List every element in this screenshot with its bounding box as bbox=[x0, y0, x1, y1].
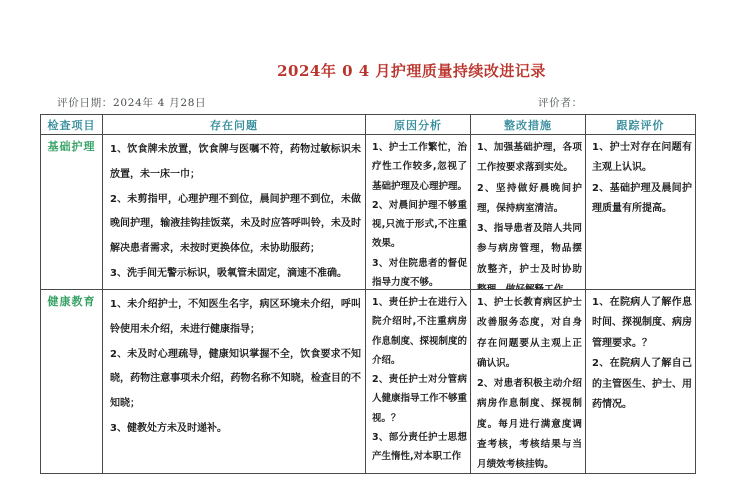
evaluation-item: 1、护士对存在问题有主观上认识。 bbox=[592, 138, 692, 179]
table-row-health-education: 健康教育 1、未介绍护士，不知医生名字，病区环境未介绍，呼叫铃使用未介绍，未进行… bbox=[41, 290, 696, 474]
analysis-item: 2、对晨间护理不够重视,只流于形式,不注重效果。 bbox=[372, 196, 467, 254]
measure-item: 1、护士长教育病区护士改善服务态度，对自身存在问题要从主观上正确认识。 bbox=[477, 293, 582, 374]
col-header-category: 检查项目 bbox=[41, 115, 103, 135]
document-page: 2024年 0 4 月护理质量持续改进记录 评价日期：2024年 4 月28日 … bbox=[0, 0, 731, 500]
measure-item: 2、对患者积极主动介绍病房作息制度、探视制度。每月进行满意度调查考核，考核结果与… bbox=[477, 374, 582, 473]
table-header-row: 检查项目 存在问题 原因分析 整改措施 跟踪评价 bbox=[41, 115, 696, 135]
evaluation-item: 2、基础护理及晨间护理质量有所提高。 bbox=[592, 179, 692, 220]
measure-item: 2、坚持做好晨晚间护理，保持病室清洁。 bbox=[477, 179, 582, 220]
improvement-record-table: 检查项目 存在问题 原因分析 整改措施 跟踪评价 基础护理 1、饮食牌未放置，饮… bbox=[40, 114, 696, 474]
problem-item: 2、未剪指甲，心理护理不到位，晨间护理不到位，未做晚间护理，输液挂钩挂饭菜，未及… bbox=[110, 188, 361, 262]
page-title: 2024年 0 4 月护理质量持续改进记录 bbox=[0, 60, 731, 81]
evaluation-item: 2、在院病人了解自己的主管医生、护士、用药情况。 bbox=[592, 354, 692, 415]
analysis-cell: 1、护士工作繁忙，治疗性工作较多,忽视了基础护理及心理护理。 2、对晨间护理不够… bbox=[366, 135, 471, 290]
problem-item: 3、洗手间无警示标识，吸氧管未固定，滴速不准确。 bbox=[110, 262, 361, 287]
category-cell: 基础护理 bbox=[41, 135, 103, 290]
problems-cell: 1、未介绍护士，不知医生名字，病区环境未介绍，呼叫铃使用未介绍，未进行健康指导；… bbox=[103, 290, 366, 474]
evaluator-label: 评价者： bbox=[538, 95, 583, 110]
analysis-item: 2、责任护士对分管病人健康指导工作不够重视。？ bbox=[372, 370, 467, 428]
analysis-item: 3、部分责任护士思想产生惰性,对本职工作 bbox=[372, 428, 467, 467]
category-label: 基础护理 bbox=[41, 138, 102, 154]
analysis-item: 1、责任护士在进行入院介绍时,不注重病房作息制度、探视制度的介绍。 bbox=[372, 293, 467, 370]
analysis-cell: 1、责任护士在进行入院介绍时,不注重病房作息制度、探视制度的介绍。 2、责任护士… bbox=[366, 290, 471, 474]
problem-item: 1、未介绍护士，不知医生名字，病区环境未介绍，呼叫铃使用未介绍，未进行健康指导； bbox=[110, 293, 361, 343]
col-header-evaluation: 跟踪评价 bbox=[586, 115, 696, 135]
problem-item: 3、健教处方未及时递补。 bbox=[110, 417, 361, 442]
measures-cell: 1、护士长教育病区护士改善服务态度，对自身存在问题要从主观上正确认识。 2、对患… bbox=[471, 290, 586, 474]
col-header-analysis: 原因分析 bbox=[366, 115, 471, 135]
col-header-problems: 存在问题 bbox=[103, 115, 366, 135]
analysis-item: 1、护士工作繁忙，治疗性工作较多,忽视了基础护理及心理护理。 bbox=[372, 138, 467, 196]
table-row-basic-care: 基础护理 1、饮食牌未放置，饮食牌与医嘱不符，药物过敏标识未放置，未一床一巾； … bbox=[41, 135, 696, 290]
problem-item: 1、饮食牌未放置，饮食牌与医嘱不符，药物过敏标识未放置，未一床一巾； bbox=[110, 138, 361, 188]
evaluation-item: 1、在院病人了解作息时间、探视制度、病房管理要求。？ bbox=[592, 293, 692, 354]
measure-item: 1、加强基础护理，各项工作按要求落到实处。 bbox=[477, 138, 582, 179]
analysis-item: 3、对住院患者的督促指导力度不够。 bbox=[372, 254, 467, 289]
category-cell: 健康教育 bbox=[41, 290, 103, 474]
evaluation-cell: 1、在院病人了解作息时间、探视制度、病房管理要求。？ 2、在院病人了解自己的主管… bbox=[586, 290, 696, 474]
category-label: 健康教育 bbox=[41, 293, 102, 309]
evaluation-cell: 1、护士对存在问题有主观上认识。 2、基础护理及晨间护理质量有所提高。 bbox=[586, 135, 696, 290]
measures-cell: 1、加强基础护理，各项工作按要求落到实处。 2、坚持做好晨晚间护理，保持病室清洁… bbox=[471, 135, 586, 290]
problems-cell: 1、饮食牌未放置，饮食牌与医嘱不符，药物过敏标识未放置，未一床一巾； 2、未剪指… bbox=[103, 135, 366, 290]
measure-item: 3、指导患者及陪人共同参与病房管理，物品摆放整齐，护士及时协助整理，做好解释工作… bbox=[477, 219, 582, 289]
evaluation-date: 评价日期：2024年 4 月28日 bbox=[57, 95, 206, 110]
col-header-measures: 整改措施 bbox=[471, 115, 586, 135]
problem-item: 2、未及时心理疏导，健康知识掌握不全，饮食要求不知晓，药物注意事项未介绍，药物名… bbox=[110, 343, 361, 417]
